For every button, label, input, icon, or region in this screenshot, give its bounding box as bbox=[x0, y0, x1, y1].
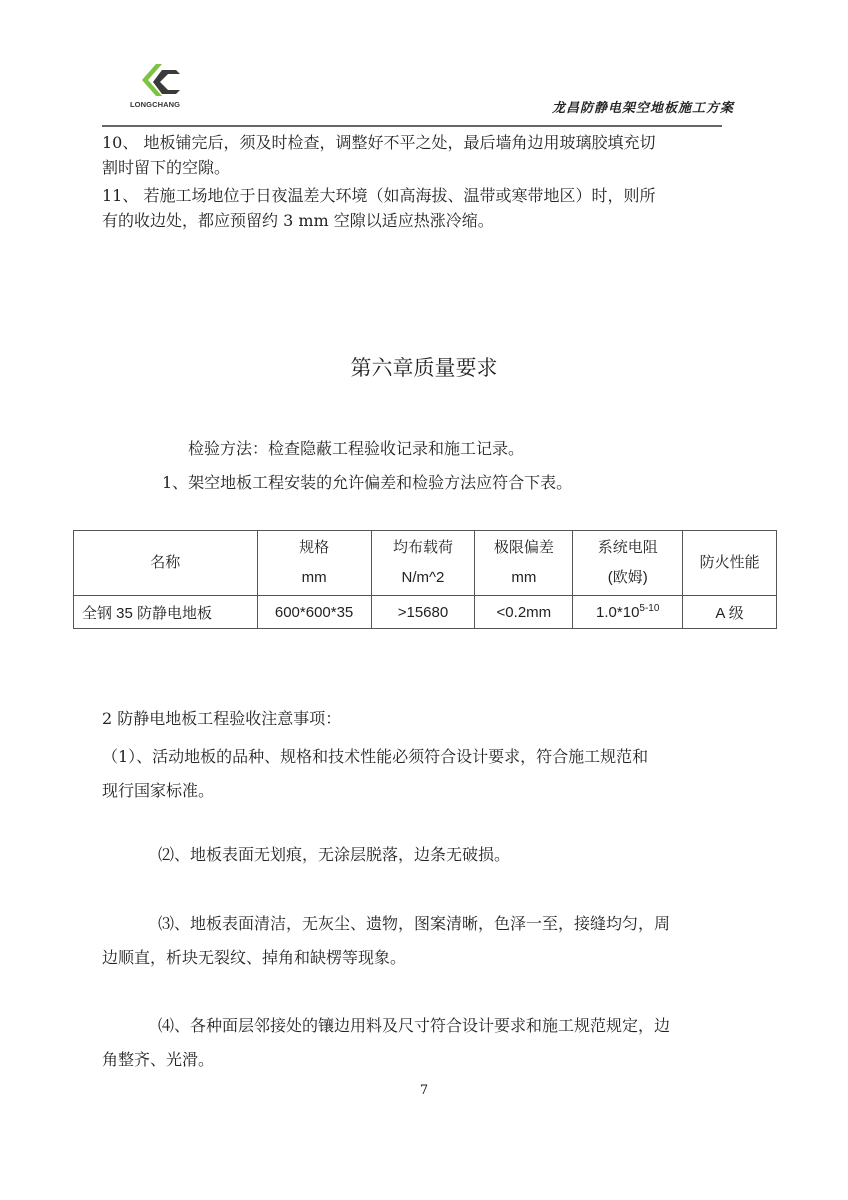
cell-load: >15680 bbox=[371, 596, 475, 629]
acceptance-item-4: ⑷、各种面层邻接处的镶边用料及尺寸符合设计要求和施工规范规定，边 角整齐、光滑。 bbox=[102, 1009, 722, 1077]
header-deviation: 极限偏差mm bbox=[475, 531, 573, 596]
header-name: 名称 bbox=[74, 531, 258, 596]
cell-fire: A 级 bbox=[683, 596, 777, 629]
inspection-item-1: 1、架空地板工程安装的允许偏差和检验方法应符合下表。 bbox=[162, 470, 762, 495]
list-item-11: 11、 若施工场地位于日夜温差大环境（如高海拔、温带或寒带地区）时，则所 有的收… bbox=[102, 183, 722, 233]
document-title: 龙昌防静电架空地板施工方案 bbox=[552, 97, 734, 116]
chapter-title: 第六章质量要求 bbox=[0, 352, 848, 382]
list-item-10-line1: 10、 地板铺完后，须及时检查，调整好不平之处，最后墙角边用玻璃胶填充切 bbox=[102, 133, 655, 152]
acceptance-item-3: ⑶、地板表面清洁，无灰尘、遗物，图案清晰，色泽一至，接缝均匀，周 边顺直，析块无… bbox=[102, 907, 722, 975]
spec-table: 名称 规格mm 均布载荷N/m^2 极限偏差mm 系统电阻(欧姆) 防火性能 全… bbox=[73, 530, 777, 629]
acceptance-item-2: ⑵、地板表面无划痕，无涂层脱落，边条无破损。 bbox=[158, 842, 738, 867]
inspection-method: 检验方法：检查隐蔽工程验收记录和施工记录。 bbox=[188, 436, 748, 461]
header-fire: 防火性能 bbox=[683, 531, 777, 596]
list-item-11-line2: 有的收边处，都应预留约 3 mm 空隙以适应热涨冷缩。 bbox=[102, 211, 494, 230]
list-item-10-line2: 割时留下的空隙。 bbox=[102, 158, 230, 177]
cell-name: 全钢 35 防静电地板 bbox=[74, 596, 258, 629]
cell-deviation: <0.2mm bbox=[475, 596, 573, 629]
table-row: 全钢 35 防静电地板 600*600*35 >15680 <0.2mm 1.0… bbox=[74, 596, 777, 629]
list-item-10: 10、 地板铺完后，须及时检查，调整好不平之处，最后墙角边用玻璃胶填充切 割时留… bbox=[102, 130, 722, 180]
header-divider bbox=[102, 125, 722, 127]
header-resistance: 系统电阻(欧姆) bbox=[573, 531, 683, 596]
header-spec: 规格mm bbox=[257, 531, 371, 596]
company-logo: LONGCHANG bbox=[130, 62, 194, 110]
table-header-row: 名称 规格mm 均布载荷N/m^2 极限偏差mm 系统电阻(欧姆) 防火性能 bbox=[74, 531, 777, 596]
longchang-logo-icon bbox=[140, 62, 184, 98]
cell-spec: 600*600*35 bbox=[257, 596, 371, 629]
page-number: 7 bbox=[0, 1083, 848, 1098]
logo-text: LONGCHANG bbox=[130, 100, 180, 109]
list-item-11-line1: 11、 若施工场地位于日夜温差大环境（如高海拔、温带或寒带地区）时，则所 bbox=[102, 186, 655, 205]
acceptance-item-1: （1）、活动地板的品种、规格和技术性能必须符合设计要求，符合施工规范和 现行国家… bbox=[102, 740, 722, 808]
acceptance-title: 2 防静电地板工程验收注意事项： bbox=[102, 706, 722, 731]
cell-resistance: 1.0*105-10 bbox=[573, 596, 683, 629]
header-load: 均布载荷N/m^2 bbox=[371, 531, 475, 596]
